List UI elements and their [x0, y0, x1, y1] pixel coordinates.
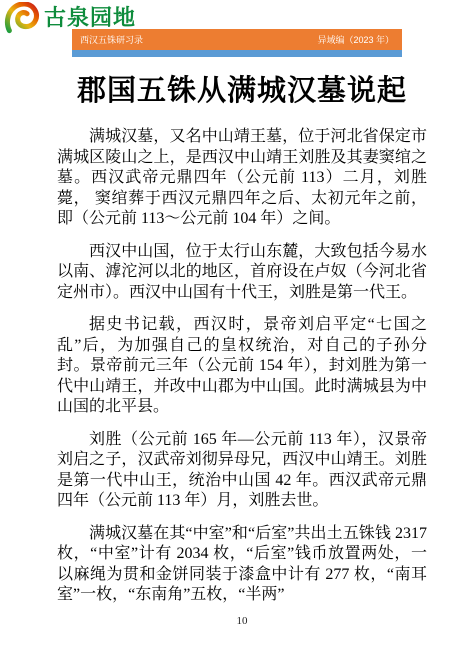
page-footer: 10 — [57, 615, 427, 627]
coin-swirl-icon — [4, 2, 40, 34]
paragraph-3: 据史书记载，西汉时，景帝刘启平定“七国之乱”后，为加强自己的皇权统治，对自己的子… — [57, 315, 427, 418]
paragraph-4: 刘胜（公元前 165 年—公元前 113 年），汉景帝刘启之子，汉武帝刘彻异母兄… — [57, 430, 427, 512]
edition-label: 异域编（2023 年） — [317, 33, 394, 46]
header-band: 西汉五铢研习录 异域编（2023 年） — [72, 29, 402, 50]
paragraph-1: 满城汉墓，又名中山靖王墓，位于河北省保定市满城区陵山之上，是西汉中山靖王刘胜及其… — [57, 127, 427, 230]
page-number: 10 — [237, 615, 248, 627]
paragraph-5: 满城汉墓在其“中室”和“后室”共出土五铢钱 2317 枚，“中室”计有 2034… — [57, 524, 427, 606]
document-page: 古泉园地 西汉五铢研习录 异域编（2023 年） 郡国五铢从满城汉墓说起 满城汉… — [0, 0, 473, 669]
series-title: 西汉五铢研习录 — [80, 33, 143, 46]
header-accent-strip — [72, 50, 402, 57]
article-title: 郡国五铢从满城汉墓说起 — [57, 68, 427, 109]
article-body: 郡国五铢从满城汉墓说起 满城汉墓，又名中山靖王墓，位于河北省保定市满城区陵山之上… — [57, 64, 427, 618]
paragraph-2: 西汉中山国，位于太行山东麓，大致包括今易水以南、滹沱河以北的地区，首府设在卢奴（… — [57, 242, 427, 304]
